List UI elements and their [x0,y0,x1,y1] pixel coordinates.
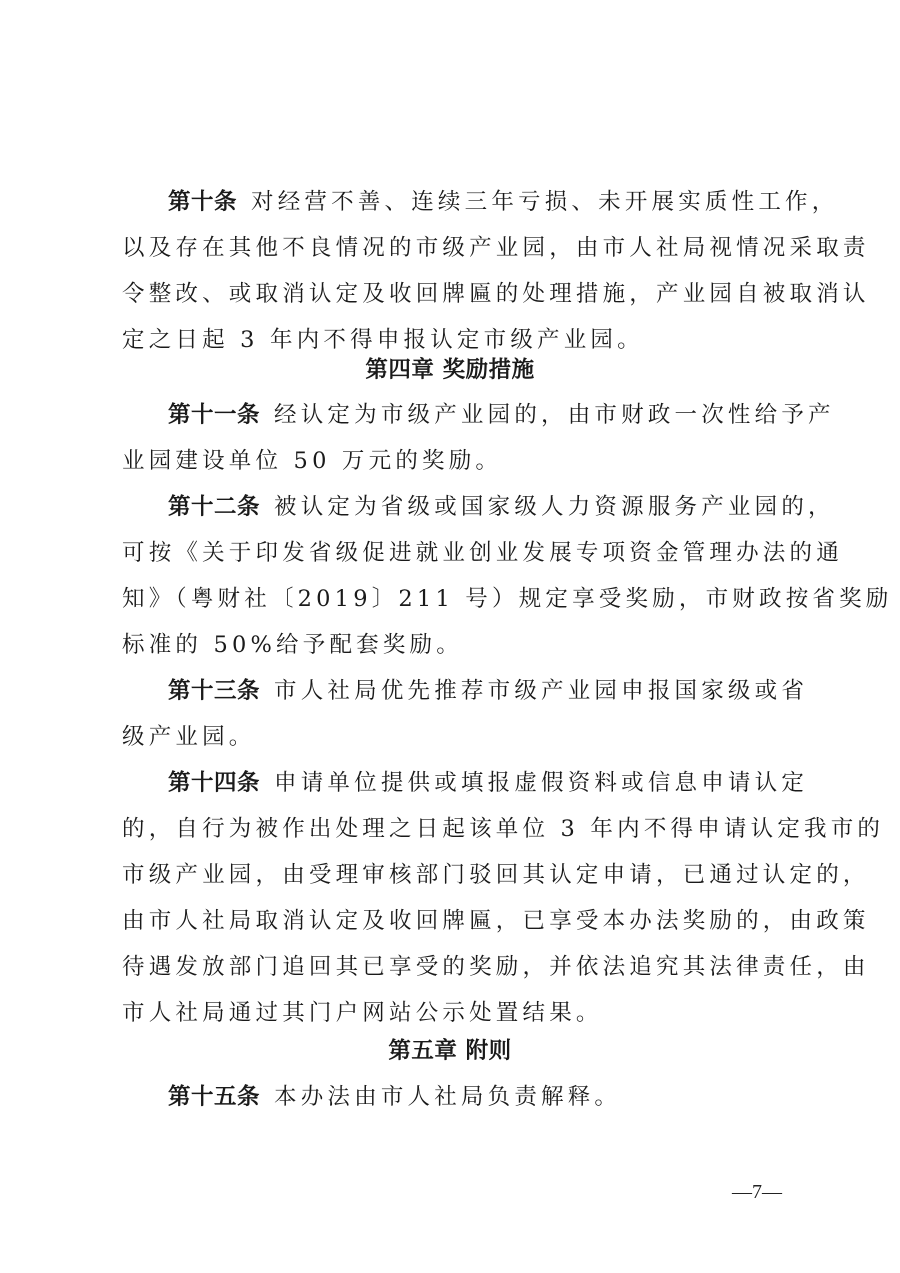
document-page: 第十条对经营不善、连续三年亏损、未开展实质性工作， 以及存在其他不良情况的市级产… [0,0,900,1273]
article-10-line-1: 第十条对经营不善、连续三年亏损、未开展实质性工作， [168,187,790,217]
article-13-number: 第十三条 [168,678,260,704]
article-11-number: 第十一条 [168,402,260,428]
article-10-line-4: 定之日起 3 年内不得申报认定市级产业园。 [122,325,790,355]
article-15-number: 第十五条 [168,1084,260,1110]
chapter-4-heading: 第四章 奖励措施 [0,355,900,385]
page-number: —7— [732,1180,782,1204]
article-14-line-2: 的，自行为被作出处理之日起该单位 3 年内不得申请认定我市的 [122,814,790,844]
article-12-line-4: 标准的 50%给予配套奖励。 [122,630,790,660]
article-11-line-2: 业园建设单位 50 万元的奖励。 [122,446,790,476]
article-14-line-1: 第十四条申请单位提供或填报虚假资料或信息申请认定 [168,768,790,798]
article-10-line-2: 以及存在其他不良情况的市级产业园，由市人社局视情况采取责 [122,233,790,263]
article-10-number: 第十条 [168,189,237,215]
article-14-number: 第十四条 [168,770,260,796]
article-14-line-6: 市人社局通过其门户网站公示处置结果。 [122,998,790,1028]
article-12-line-1: 第十二条被认定为省级或国家级人力资源服务产业园的， [168,492,790,522]
article-14-line-3: 市级产业园，由受理审核部门驳回其认定申请，已通过认定的， [122,860,790,890]
article-14-line-4: 由市人社局取消认定及收回牌匾，已享受本办法奖励的，由政策 [122,906,790,936]
article-10-line-3: 令整改、或取消认定及收回牌匾的处理措施，产业园自被取消认 [122,279,790,309]
article-15-line-1: 第十五条本办法由市人社局负责解释。 [168,1082,790,1112]
article-12-line-3: 知》（粤财社〔2019〕211 号）规定享受奖励，市财政按省奖励 [122,584,790,614]
article-13-line-2: 级产业园。 [122,722,790,752]
article-13-line-1: 第十三条市人社局优先推荐市级产业园申报国家级或省 [168,676,790,706]
article-14-line-5: 待遇发放部门追回其已享受的奖励，并依法追究其法律责任，由 [122,952,790,982]
chapter-5-heading: 第五章 附则 [0,1036,900,1066]
article-11-line-1: 第十一条经认定为市级产业园的，由市财政一次性给予产 [168,400,790,430]
article-12-line-2: 可按《关于印发省级促进就业创业发展专项资金管理办法的通 [122,538,790,568]
article-12-number: 第十二条 [168,494,260,520]
